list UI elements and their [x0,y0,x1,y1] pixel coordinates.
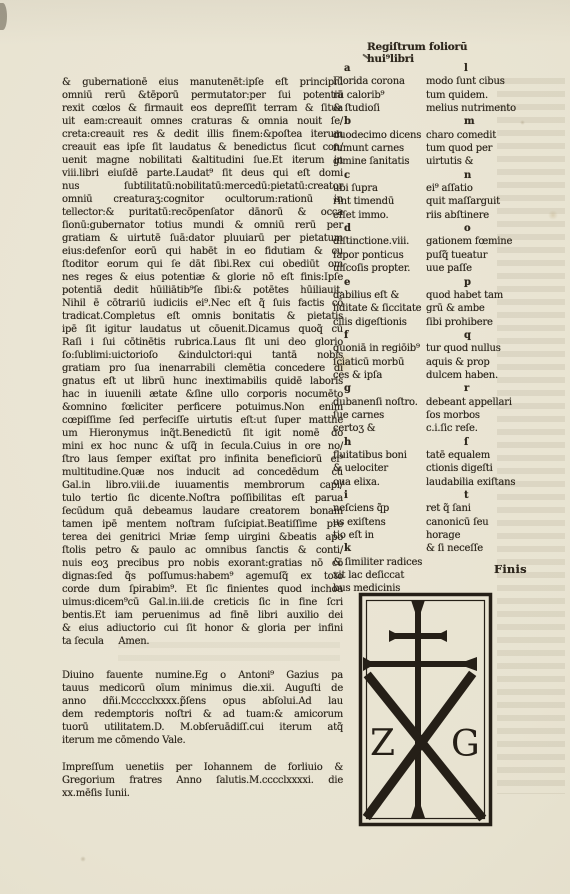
register-line: dabilius eſt & [333,289,438,302]
text-line: tulo tertio ſic dicente.Noſtra poſſibili… [62,492,343,505]
text-line: ſecūdum quā debeamus laudare creatorem b… [62,505,343,518]
text-line: ſionū:gubernator totius mundi & omniū re… [62,219,343,232]
register-line: q [426,329,548,342]
register-line: eſſet immo. [333,209,438,222]
text-line: omniū rerū &tēporū permutator:per ſui po… [62,89,343,102]
printer-imprint: Impreſſum uenetiis per Iohannem de forli… [62,761,343,800]
register-line: rū calorib⁹ [333,89,438,102]
text-line: & gubernationē eius manutenēt:ipſe eſt p… [62,76,343,89]
register-line: liditate & ſiccitate [333,302,438,315]
register-line: i [333,489,438,502]
register-line: laudabilia exiſtans [426,476,548,489]
register-line: ces & ipſa [333,369,438,382]
register-line: n [426,169,548,182]
text-line: bentis.Et iam peruenimus ad finē libri a… [62,609,343,622]
register-line: t [426,489,548,502]
register-line: debeant appellari [426,396,548,409]
register-line: horage [426,529,548,542]
register-line: us exiſtens [333,516,438,529]
device-letter-g: G [451,724,480,765]
register-line: f [333,329,438,342]
register-line: o [426,222,548,235]
text-line: tuorū utilitatem.D. M.obſeruādiſſ.cui it… [62,721,343,734]
register-line: melius nutrimento [426,102,548,115]
register-line: e [333,276,438,289]
main-text-block: & gubernationē eius manutenēt:ipſe eſt p… [62,76,343,648]
text-line: ipē ſit igitur laudatus ut cōuenit.Dicam… [62,323,343,336]
register-line: ſos morbos [426,409,548,422]
register-line: quod habet tam [426,289,548,302]
register-line: ſapor ponticus [333,249,438,262]
text-line: &omnino fœliciter perficere potuimus.Non… [62,401,343,414]
register-line: ſue carnes [333,409,438,422]
register-line: quit maſſarguit [426,195,548,208]
register-line: tum quidem. [426,89,548,102]
register-line: d [333,222,438,235]
text-line: uimus:dicem⁹cū Gal.in.iii.de creticis ſi… [62,596,343,609]
register-line: neſciens q̃p [333,502,438,515]
register-line: ſibi prohibere [426,316,548,329]
text-line: corde dum ſpirabim⁹. Et ſic finientes qu… [62,583,343,596]
register-line: grū & ambe [426,302,548,315]
foxing-spot [80,856,86,862]
text-line: cœpiſſime ſed perfeciſſe uirtutis eſt:ut… [62,414,343,427]
register-line: k [333,542,438,555]
register-line: tur quod nullus [426,342,548,355]
register-line: & ſimiliter radices [333,556,438,569]
edge-smudge [0,3,7,30]
register-line: c.i.ſic reſe. [426,422,548,435]
text-line: mini ex hoc nunc & uſq̃ in ſecula.Cuius … [62,440,343,453]
register-column-right: lmodo ſunt cibustum quidem.melius nutrim… [426,62,548,556]
text-line: Gal.in libro.viii.de iuuamentis membroru… [62,479,343,492]
register-line: rint timendū [333,195,438,208]
register-line: uue paſſe [426,262,548,275]
finis-label: Finis [494,562,527,576]
text-line: hac in iuuenili ætate &ſine ullo corpori… [62,388,343,401]
register-line: modo ſunt cibus [426,75,548,88]
register-line: h [333,436,438,449]
register-line: a [333,62,438,75]
register-line: b [333,115,438,128]
text-line: creauit eas ipſe ſit laudatus & benedict… [62,141,343,154]
register-line: g [333,382,438,395]
register-line: uirtutis & [426,155,548,168]
text-line: tellector:& puritatū:recōpenſator dānorū… [62,206,343,219]
register-line: diſtinctione.viii. [333,235,438,248]
text-line: dem redemptoris noſtri & ad tuam:& amico… [62,708,343,721]
register-line: riis abſtinere [426,209,548,222]
register-line: m [426,115,548,128]
register-line: c [333,169,438,182]
register-line: charo comedit [426,129,548,142]
text-line: ta ſecula Amen. [62,635,343,648]
register-line: ſumunt carnes [333,142,438,155]
device-outer-border [361,595,491,825]
register-line: ctionis digeſti [426,462,548,475]
register-line: uiſcoſis propter. [333,262,438,275]
text-line: viii.libri eiuſdē parte.Laudat⁹ ſit deus… [62,167,343,180]
text-line: rexit cœlos & firmauit eos depreſſit ter… [62,102,343,115]
text-line: omniū creaturaʒ:cognitor ocultorum:ratio… [62,193,343,206]
text-line: tauus medicorū oīum minimus die.xii. Aug… [62,682,343,695]
text-line: ſtro laus ſemper exiſtat pro infinita be… [62,453,343,466]
register-line: dulcem haben. [426,369,548,382]
register-line: certoʒ & [333,422,438,435]
register-line: xit lac deſiccat [333,569,438,582]
register-line: & ſtudioſi [333,102,438,115]
device-letter-z: Z [370,723,395,764]
text-line: Gregorium fratres Anno ſalutis.M.cccclxx… [62,774,343,787]
text-line: gratiam pro ſua inenarrabili clemētia co… [62,362,343,375]
text-line: eius:defenſor eorū qui habēt in eo fidut… [62,245,343,258]
text-line: um Hieronymus inq̃t.Benedictū ſit igit n… [62,427,343,440]
text-line: anno dñi.Mcccclxxxx.p̃ſens opus abſolui.… [62,695,343,708]
text-line: uenit magne nobilitati &altitudini ſue.E… [62,154,343,167]
register-line: Florida corona [333,75,438,88]
printer-device: Z G [358,592,493,828]
text-line: multitudine.Quæ nos inducit ad concedēdu… [62,466,343,479]
register-line: l [426,62,548,75]
register-line: ſciaticū morbū [333,356,438,369]
text-line: tradicat.Completus eſt omnis bonitatis &… [62,310,343,323]
incunable-page: Regiſtrum foliorū hui⁹libri & gubernatio… [0,0,570,894]
register-line: dubanenſi noſtro. [333,396,438,409]
text-line: tamen ipē mentem noſtram ſuſcipiat.Beati… [62,518,343,531]
text-line: potentiā dedit hūiliātib⁹ſe ſibi:& potēt… [62,284,343,297]
text-line: iterum me cōmendo Vale. [62,734,343,747]
text-line: gnatus eſt ut librū hunc inextimabilis q… [62,375,343,388]
text-line: xx.mēſis Iunii. [62,787,343,800]
text-line: ſtoditor eorum qui ſe dāt ſibi.Rex cui o… [62,258,343,271]
register-line: ei⁹ aſſatio [426,182,548,195]
text-line: & eius adiuctorio cui ſit honor & gloria… [62,622,343,635]
text-line: Raſi i ſui cōtinētis rubrica.Laus ſit un… [62,336,343,349]
register-line: & uelociter [333,462,438,475]
register-line: puſq̃ tueatur [426,249,548,262]
text-line: uit eam:creauit omnes craturas & omnia n… [62,115,343,128]
text-line: dignas:ſed q̃s poſſumus:habem⁹ agemuſq̃ … [62,570,343,583]
text-line: nuis eoʒ precibus pro nobis exorant:grat… [62,557,343,570]
register-line: r [426,382,548,395]
register-line: gationem fœmine [426,235,548,248]
register-line: p [426,276,548,289]
register-line: aquis & prop [426,356,548,369]
text-line: nus ſubtilitatū:nobilitatū:mercedū:pieta… [62,180,343,193]
text-line: nes reges & eius potentiæ & glorie nō eſ… [62,271,343,284]
register-line: gimine ſanitatis [333,155,438,168]
register-line: ret q̃ ſani [426,502,548,515]
register-line: duodecimo dicens [333,129,438,142]
register-line: tatē equalem [426,449,548,462]
text-line: Nihil ē cōtrariū iudiciis ei⁹.Nec eſt q̃… [62,297,343,310]
text-line: ſo:ſublimi:uictorioſo &indulctori:qui ta… [62,349,343,362]
text-line: Diuino fauente numine.Eg o Antoni⁹ Gaziu… [62,669,343,682]
text-line: terea dei genitrici Mriæ ſemp uirgini &b… [62,531,343,544]
register-line: quoniā in regiōib⁹ [333,342,438,355]
text-line: creta:creauit res & dedit illis finem:&p… [62,128,343,141]
register-column-left: aFlorida coronarū calorib⁹& ſtudioſibduo… [333,62,438,596]
register-line: ſ [426,436,548,449]
register-line: & ſi neceſſe [426,542,548,555]
register-line: fluitatibus boni [333,449,438,462]
register-line: tum quod per [426,142,548,155]
register-line: oua elixa. [333,476,438,489]
register-line: tio eſt in [333,529,438,542]
author-colophon: Diuino fauente numine.Eg o Antoni⁹ Gaziu… [62,669,343,747]
text-line: Impreſſum uenetiis per Iohannem de forli… [62,761,343,774]
register-line: canonicū ſeu [426,516,548,529]
register-line: cilis digeſtionis [333,316,438,329]
register-line: ubi ſupra [333,182,438,195]
text-line: ſtolis petro & paulo ac omnibus ſanctis … [62,544,343,557]
text-line: gratiam & uirtutē ſuā:dator pluuiarū per… [62,232,343,245]
